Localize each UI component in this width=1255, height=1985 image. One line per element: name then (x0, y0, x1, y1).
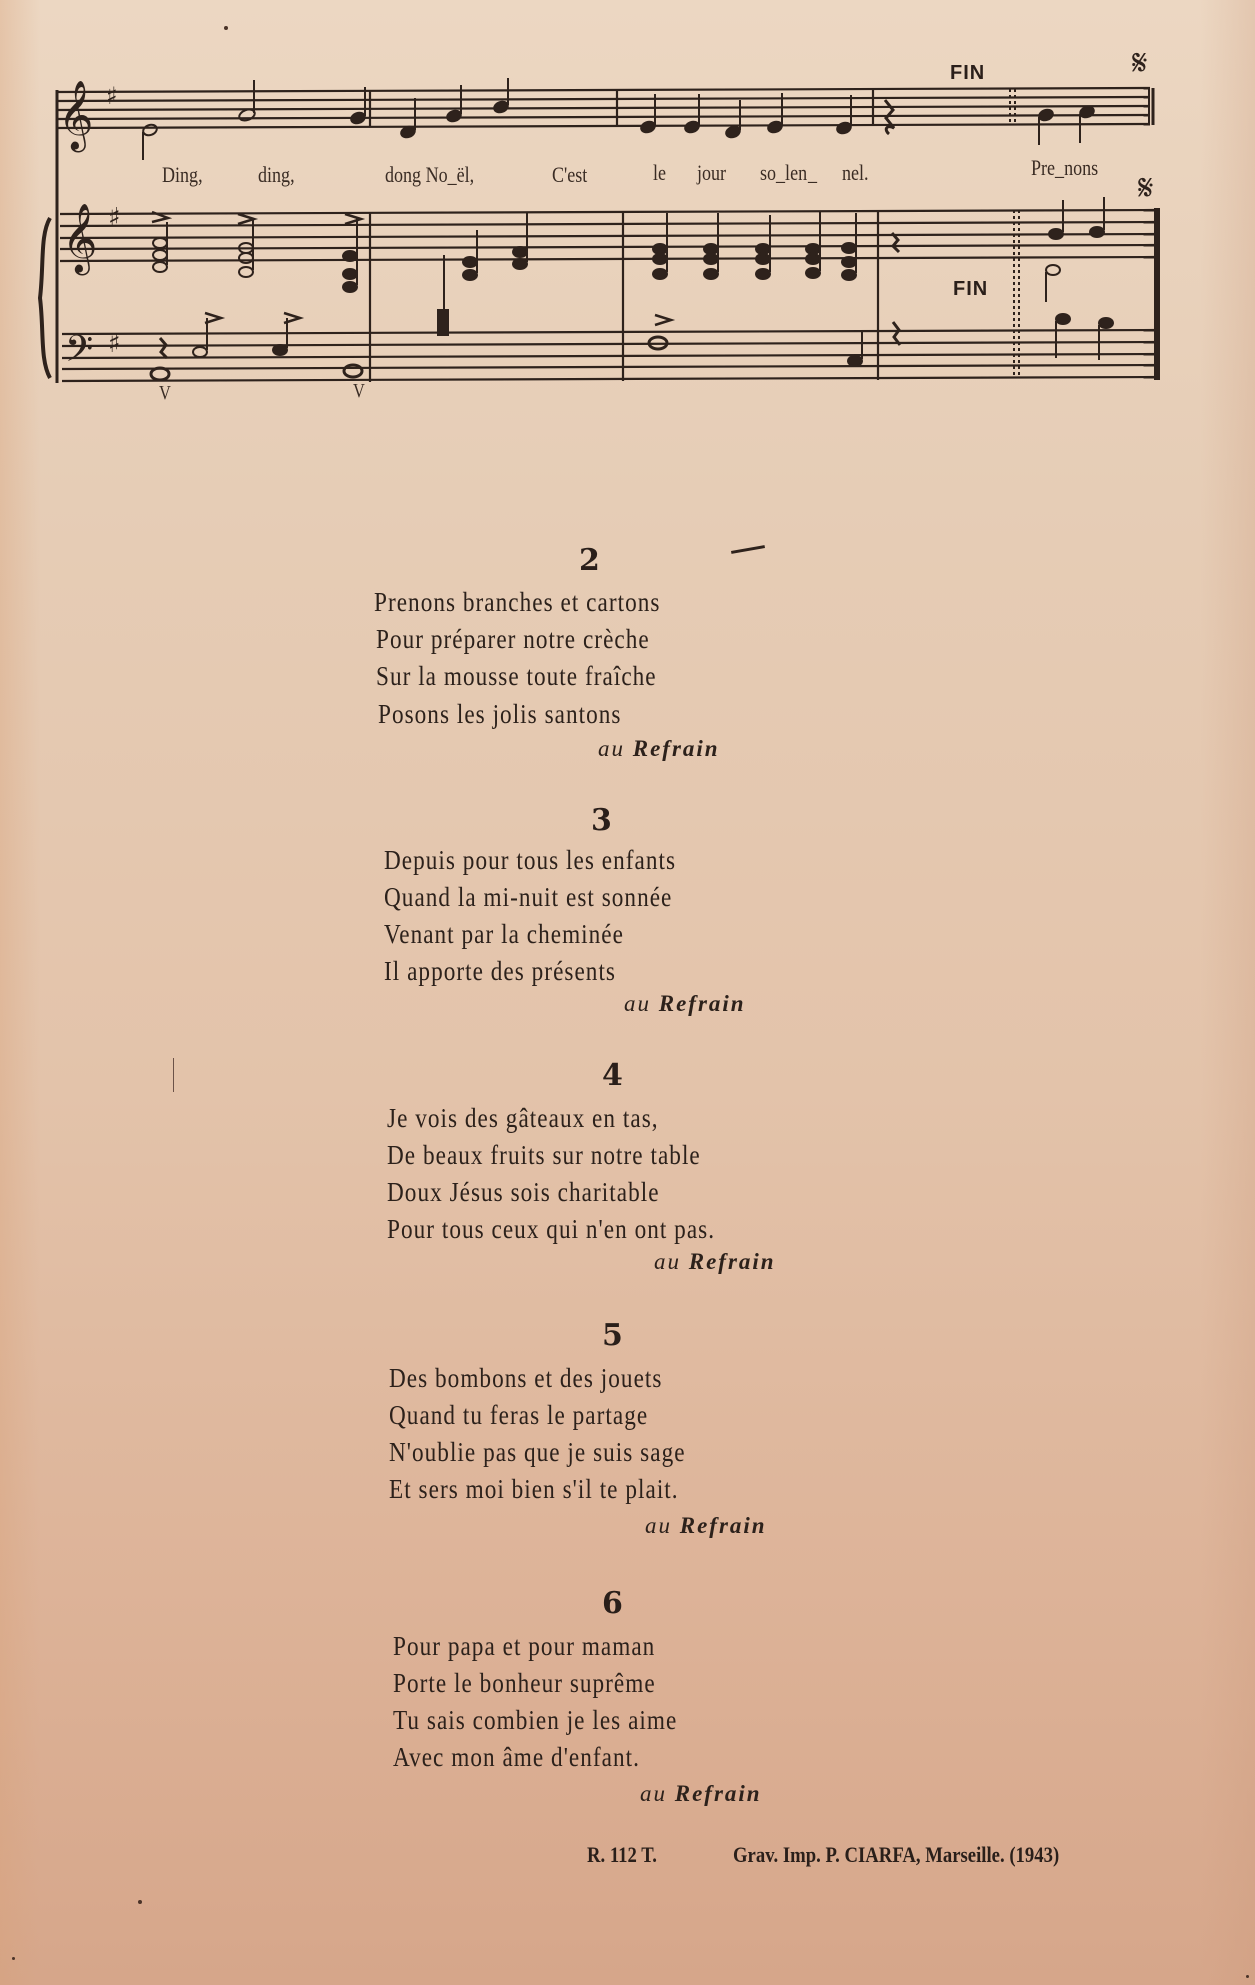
svg-text:𝄞: 𝄞 (58, 80, 93, 152)
verse-number: 2 (579, 543, 600, 578)
staff-notation: 𝄞 𝄞 𝄢 ♯ ♯ ♯ (0, 0, 1255, 420)
verse-number: 5 (602, 1318, 623, 1353)
refrain-cue: au Refrain (624, 991, 746, 1017)
segno-top-icon: 𝄋 (1132, 43, 1147, 84)
refrain-cue: au Refrain (640, 1781, 762, 1807)
lyric-syllable: le (653, 160, 666, 186)
verse-line: Je vois des gâteaux en tas, (387, 1103, 659, 1134)
verse-line: De beaux fruits sur notre table (387, 1140, 701, 1171)
bass-mark: V (159, 382, 171, 405)
verse-line: Pour préparer notre crèche (376, 624, 650, 655)
svg-text:𝄢: 𝄢 (65, 328, 93, 379)
verse-line: Quand tu feras le partage (389, 1400, 648, 1431)
lyric-syllable: so_len (760, 160, 807, 186)
refrain-cue: au Refrain (598, 736, 720, 762)
plate-number: R. 112 T. (587, 1842, 657, 1868)
paper-speck (224, 26, 228, 30)
paper-speck (138, 1900, 142, 1904)
verse-line: Des bombons et des jouets (389, 1363, 662, 1394)
refrain-cue: au Refrain (645, 1513, 767, 1539)
lyric-syllable: nel. (842, 160, 869, 186)
svg-text:♯: ♯ (108, 203, 121, 233)
verse-number: 6 (602, 1586, 623, 1621)
paper-scratch (173, 1058, 174, 1092)
lyric-syllable: dong No_ël, (385, 162, 474, 188)
lyric-syllable: ding, (258, 162, 295, 188)
lyric-syllable: C'est (552, 162, 587, 188)
verse-number: 4 (602, 1058, 623, 1093)
verse-line: Tu sais combien je les aime (393, 1705, 677, 1736)
segno-piano-icon: 𝄋 (1138, 168, 1153, 209)
verse-line: Pour tous ceux qui n'en ont pas. (387, 1214, 715, 1245)
lyric-syllable: Pre_nons (1031, 155, 1098, 181)
refrain-cue: au Refrain (654, 1249, 776, 1275)
ink-mark (731, 545, 765, 554)
fin-marking: FIN (953, 278, 988, 301)
verse-line: Posons les jolis santons (378, 699, 621, 730)
bass-mark: V (353, 380, 365, 403)
verse-line: Avec mon âme d'enfant. (393, 1742, 640, 1773)
verse-line: Depuis pour tous les enfants (384, 845, 676, 876)
fin-marking: FIN (950, 62, 985, 85)
verse-line: Porte le bonheur suprême (393, 1668, 656, 1699)
svg-text:♯: ♯ (108, 329, 121, 359)
verse-line: Et sers moi bien s'il te plait. (389, 1474, 679, 1505)
lyric-syllable: Ding, (162, 162, 203, 188)
verse-number: 3 (591, 803, 612, 838)
verse-line: Prenons branches et cartons (374, 587, 660, 618)
verse-line: Venant par la cheminée (384, 919, 624, 950)
lyric-syllable: _ (808, 160, 817, 186)
paper-speck (12, 1957, 15, 1960)
svg-text:♯: ♯ (106, 82, 118, 110)
music-score: 𝄞 𝄞 𝄢 ♯ ♯ ♯ (0, 0, 1255, 420)
verse-line: Pour papa et pour maman (393, 1631, 655, 1662)
verse-line: Doux Jésus sois charitable (387, 1177, 660, 1208)
verse-line: Quand la mi-nuit est sonnée (384, 882, 672, 913)
verse-line: N'oublie pas que je suis sage (389, 1437, 686, 1468)
lyric-syllable: jour (697, 160, 726, 186)
verse-line: Il apporte des présents (384, 956, 616, 987)
paper-speck (1246, 1975, 1249, 1978)
printer-imprint: Grav. Imp. P. CIARFA, Marseille. (1943) (733, 1842, 1059, 1868)
svg-text:𝄞: 𝄞 (62, 203, 97, 275)
verse-line: Sur la mousse toute fraîche (376, 661, 657, 692)
